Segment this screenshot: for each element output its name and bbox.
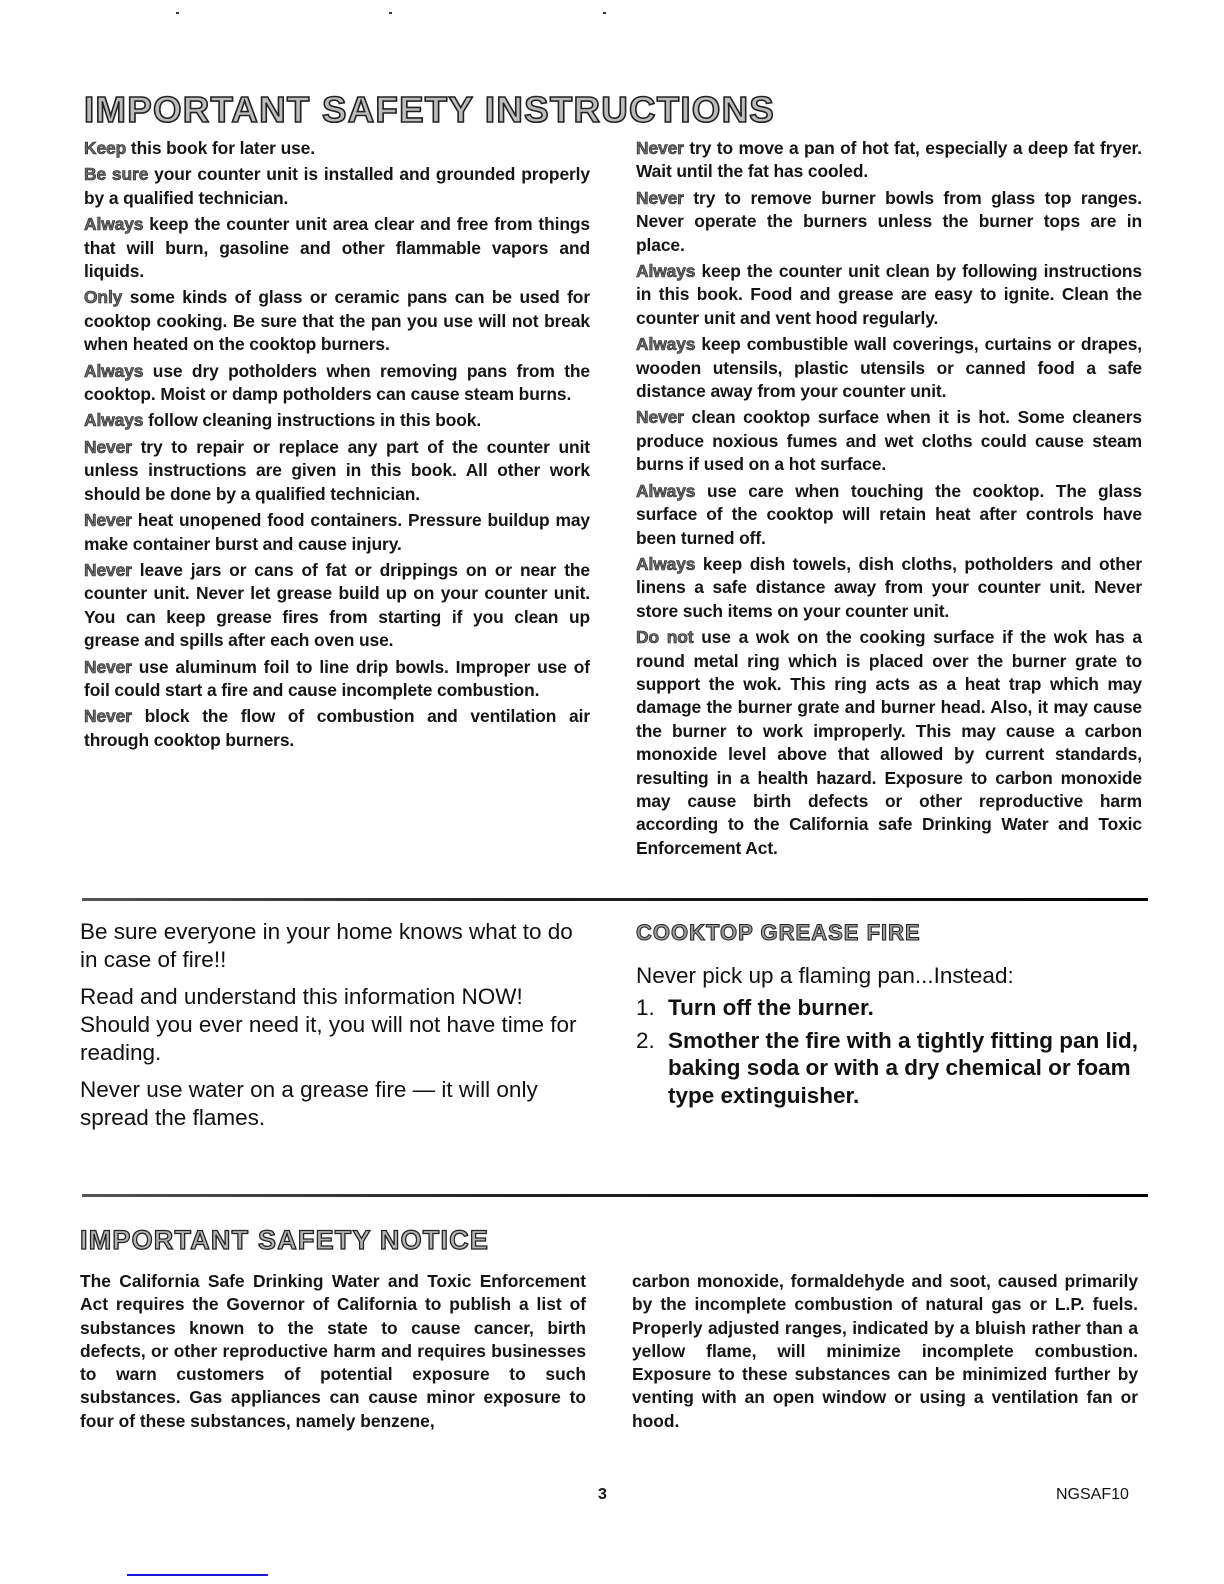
- instruction-item: Never try to repair or replace any part …: [84, 436, 590, 506]
- instructions-left-column: Keep this book for later use. Be sure yo…: [84, 137, 590, 755]
- instruction-lead: Never: [636, 188, 684, 208]
- instruction-text: heat unopened food containers. Pressure …: [84, 510, 590, 553]
- instruction-lead: Always: [636, 334, 695, 354]
- instruction-item: Always keep dish towels, dish cloths, po…: [636, 553, 1142, 623]
- instruction-lead: Never: [636, 407, 684, 427]
- instruction-text: try to repair or replace any part of the…: [84, 437, 590, 504]
- instruction-item: Always use dry potholders when removing …: [84, 360, 590, 407]
- instructions-right-column: Never try to move a pan of hot fat, espe…: [636, 137, 1142, 863]
- instruction-item: Never leave jars or cans of fat or dripp…: [84, 559, 590, 653]
- instruction-lead: Never: [84, 706, 132, 726]
- instruction-lead: Never: [84, 560, 132, 580]
- step-number: 1.: [636, 994, 668, 1022]
- instruction-lead: Never: [636, 138, 684, 158]
- fire-preparedness-text: Be sure everyone in your home knows what…: [80, 918, 590, 1141]
- instruction-text: leave jars or cans of fat or drippings o…: [84, 560, 590, 650]
- instruction-item: Never try to move a pan of hot fat, espe…: [636, 137, 1142, 184]
- instruction-item: Always follow cleaning instructions in t…: [84, 409, 590, 432]
- instruction-text: keep dish towels, dish cloths, potholder…: [636, 554, 1142, 621]
- step-item: 2.Smother the fire with a tightly fittin…: [636, 1027, 1146, 1110]
- page-title: IMPORTANT SAFETY INSTRUCTIONS: [84, 88, 775, 132]
- instruction-text: block the flow of combustion and ventila…: [84, 706, 590, 749]
- instruction-text: this book for later use.: [126, 138, 315, 158]
- scan-speck: [389, 12, 392, 14]
- instruction-text: some kinds of glass or ceramic pans can …: [84, 287, 590, 354]
- instruction-text: try to remove burner bowls from glass to…: [636, 188, 1142, 255]
- instruction-lead: Keep: [84, 138, 126, 158]
- notice-heading: IMPORTANT SAFETY NOTICE: [80, 1222, 489, 1258]
- fire-paragraph: Never use water on a grease fire — it wi…: [80, 1076, 590, 1132]
- instruction-lead: Never: [84, 437, 132, 457]
- fire-paragraph: Be sure everyone in your home knows what…: [80, 918, 590, 974]
- instruction-item: Always keep combustible wall coverings, …: [636, 333, 1142, 403]
- instruction-text: keep the counter unit clean by following…: [636, 261, 1142, 328]
- instruction-lead: Never: [84, 657, 132, 677]
- instruction-text: clean cooktop surface when it is hot. So…: [636, 407, 1142, 474]
- instruction-lead: Only: [84, 287, 122, 307]
- document-code: NGSAF10: [1056, 1486, 1129, 1504]
- instruction-lead: Never: [84, 510, 132, 530]
- instruction-lead: Always: [636, 261, 695, 281]
- instruction-item: Be sure your counter unit is installed a…: [84, 163, 590, 210]
- scan-speck: [176, 12, 179, 14]
- instruction-lead: Always: [636, 481, 695, 501]
- instruction-item: Never try to remove burner bowls from gl…: [636, 187, 1142, 257]
- instruction-text: use dry potholders when removing pans fr…: [84, 361, 590, 404]
- instruction-lead: Always: [84, 214, 143, 234]
- instruction-item: Only some kinds of glass or ceramic pans…: [84, 286, 590, 356]
- step-item: 1.Turn off the burner.: [636, 994, 1146, 1022]
- instruction-lead: Always: [84, 361, 143, 381]
- grease-fire-steps: 1.Turn off the burner. 2.Smother the fir…: [636, 994, 1146, 1109]
- step-text: Turn off the burner.: [668, 994, 874, 1022]
- instruction-lead: Always: [84, 410, 143, 430]
- page-number: 3: [598, 1486, 607, 1504]
- grease-fire-intro: Never pick up a flaming pan...Instead:: [636, 962, 1146, 990]
- notice-text-right: carbon monoxide, formaldehyde and soot, …: [632, 1270, 1138, 1433]
- blue-mark-line: [127, 1574, 268, 1576]
- instruction-item: Never heat unopened food containers. Pre…: [84, 509, 590, 556]
- instruction-text: use care when touching the cooktop. The …: [636, 481, 1142, 548]
- fire-paragraph: Read and understand this information NOW…: [80, 983, 590, 1067]
- grease-fire-section: COOKTOP GREASE FIRE Never pick up a flam…: [636, 918, 1146, 1114]
- step-number: 2.: [636, 1027, 668, 1110]
- instruction-item: Keep this book for later use.: [84, 137, 590, 160]
- instruction-lead: Do not: [636, 627, 693, 647]
- instruction-item: Never use aluminum foil to line drip bow…: [84, 656, 590, 703]
- instruction-item: Never clean cooktop surface when it is h…: [636, 406, 1142, 476]
- section-divider: [82, 898, 1148, 901]
- instruction-text: use a wok on the cooking surface if the …: [636, 627, 1142, 858]
- instruction-text: try to move a pan of hot fat, especially…: [636, 138, 1142, 181]
- instruction-lead: Always: [636, 554, 695, 574]
- instruction-item: Never block the flow of combustion and v…: [84, 705, 590, 752]
- instruction-item: Always keep the counter unit clean by fo…: [636, 260, 1142, 330]
- instruction-text: follow cleaning instructions in this boo…: [143, 410, 481, 430]
- grease-fire-heading: COOKTOP GREASE FIRE: [636, 918, 1146, 948]
- instruction-text: your counter unit is installed and groun…: [84, 164, 590, 207]
- section-divider: [82, 1194, 1148, 1197]
- instruction-lead: Be sure: [84, 164, 148, 184]
- notice-text-left: The California Safe Drinking Water and T…: [80, 1270, 586, 1433]
- instruction-text: keep combustible wall coverings, curtain…: [636, 334, 1142, 401]
- instruction-text: keep the counter unit area clear and fre…: [84, 214, 590, 281]
- instruction-text: use aluminum foil to line drip bowls. Im…: [84, 657, 590, 700]
- instruction-item: Do not use a wok on the cooking surface …: [636, 626, 1142, 860]
- instruction-item: Always keep the counter unit area clear …: [84, 213, 590, 283]
- step-text: Smother the fire with a tightly fitting …: [668, 1027, 1146, 1110]
- scan-speck: [603, 12, 606, 14]
- instruction-item: Always use care when touching the cookto…: [636, 480, 1142, 550]
